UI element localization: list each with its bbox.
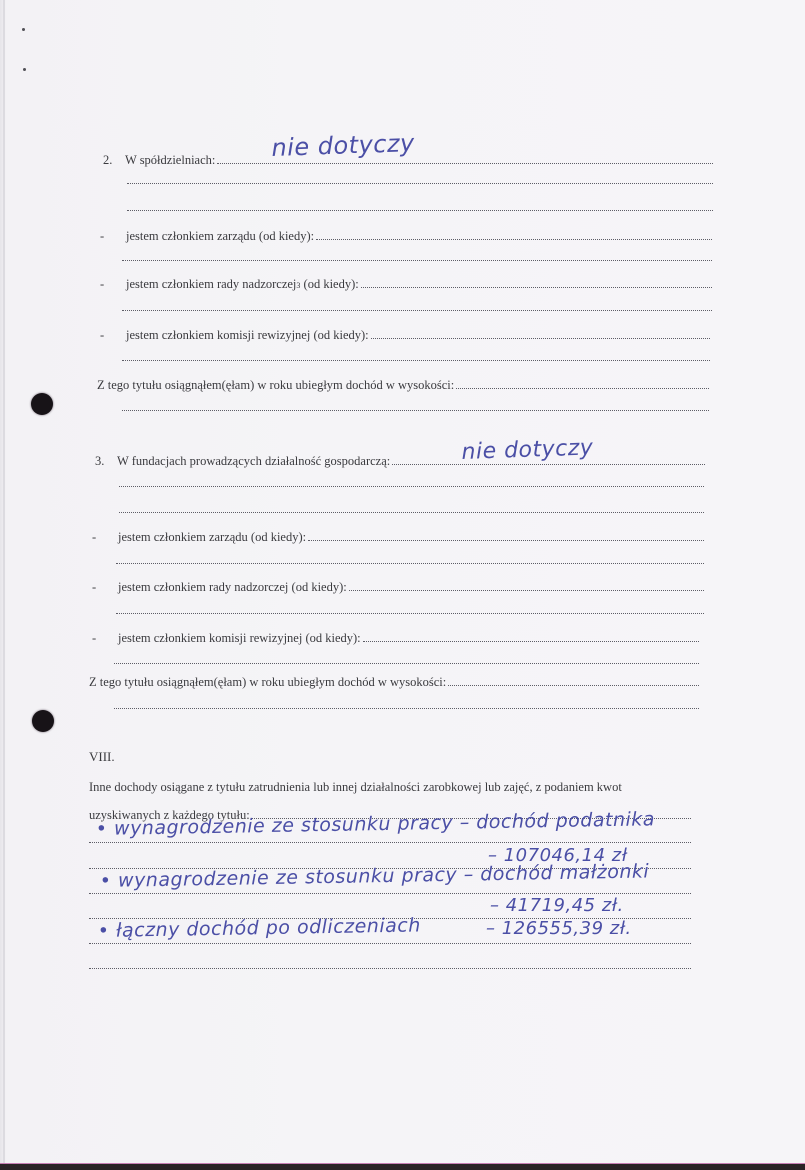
section8-line[interactable] bbox=[89, 943, 691, 944]
scan-bottom-edge bbox=[0, 1163, 805, 1170]
income-amount-3: – 126555,39 zł. bbox=[486, 918, 632, 939]
item2-audit-row: - jestem członkiem komisji rewizyjnej (o… bbox=[100, 327, 710, 343]
item3-income-field[interactable] bbox=[448, 674, 699, 686]
footnote-marker: 3 bbox=[296, 278, 300, 294]
item2-number: 2. bbox=[103, 152, 125, 168]
page-edge bbox=[3, 0, 5, 1170]
punch-hole bbox=[31, 393, 53, 415]
item2-management-label: jestem członkiem zarządu (od kiedy): bbox=[126, 228, 314, 244]
item3-audit-label: jestem członkiem komisji rewizyjnej (od … bbox=[118, 630, 361, 646]
item2-management-line[interactable] bbox=[122, 260, 712, 261]
item3-supervisory-label: jestem członkiem rady nadzorczej (od kie… bbox=[118, 579, 347, 595]
item2-supervisory-line[interactable] bbox=[122, 310, 712, 311]
item3-audit-row: - jestem członkiem komisji rewizyjnej (o… bbox=[92, 630, 699, 646]
section8-line[interactable] bbox=[89, 893, 691, 894]
speck bbox=[23, 68, 26, 71]
income-amount-2: – 41719,45 zł. bbox=[490, 895, 624, 916]
speck bbox=[22, 28, 25, 31]
section8-line[interactable] bbox=[89, 968, 691, 969]
item2-income-field[interactable] bbox=[456, 377, 709, 389]
item3-label: W fundacjach prowadzących działalność go… bbox=[117, 453, 390, 469]
item2-income-label: Z tego tytułu osiągnąłem(ęłam) w roku ub… bbox=[97, 377, 454, 393]
item2-audit-label: jestem członkiem komisji rewizyjnej (od … bbox=[126, 327, 369, 343]
item3-management-field[interactable] bbox=[308, 529, 704, 541]
item3-supervisory-line[interactable] bbox=[116, 613, 704, 614]
section-heading: VIII. bbox=[89, 749, 115, 765]
item2-handwritten: nie dotyczy bbox=[271, 129, 415, 162]
item2-supervisory-field[interactable] bbox=[361, 276, 712, 288]
item2-income-line[interactable] bbox=[122, 410, 709, 411]
item2-management-field[interactable] bbox=[316, 228, 712, 240]
item2-supervisory-label: jestem członkiem rady nadzorczej bbox=[126, 276, 296, 292]
item3-income-row: Z tego tytułu osiągnąłem(ęłam) w roku ub… bbox=[89, 674, 699, 690]
item3-line[interactable] bbox=[119, 486, 704, 487]
section8-line[interactable] bbox=[89, 842, 691, 843]
item2-label: W spółdzielniach: bbox=[125, 152, 215, 168]
item3-line[interactable] bbox=[119, 512, 704, 513]
item2-line[interactable] bbox=[127, 183, 713, 184]
item3-handwritten: nie dotyczy bbox=[461, 435, 594, 465]
item3-income-label: Z tego tytułu osiągnąłem(ęłam) w roku ub… bbox=[89, 674, 446, 690]
item3-management-line[interactable] bbox=[116, 563, 704, 564]
item3-supervisory-field[interactable] bbox=[349, 579, 704, 591]
item3-audit-line[interactable] bbox=[114, 663, 699, 664]
item3-management-label: jestem członkiem zarządu (od kiedy): bbox=[118, 529, 306, 545]
item3-row: 3. W fundacjach prowadzących działalność… bbox=[95, 453, 705, 469]
item3-supervisory-row: - jestem członkiem rady nadzorczej (od k… bbox=[92, 579, 704, 595]
item2-line[interactable] bbox=[127, 210, 713, 211]
item3-income-line[interactable] bbox=[114, 708, 699, 709]
item3-number: 3. bbox=[95, 453, 117, 469]
item2-audit-line[interactable] bbox=[122, 360, 710, 361]
item3-audit-field[interactable] bbox=[363, 630, 699, 642]
section8-text: Inne dochody osiągane z tytułu zatrudnie… bbox=[89, 779, 622, 795]
item2-audit-field[interactable] bbox=[371, 327, 710, 339]
item2-income-row: Z tego tytułu osiągnąłem(ęłam) w roku ub… bbox=[97, 377, 709, 393]
item3-management-row: - jestem członkiem zarządu (od kiedy): bbox=[92, 529, 704, 545]
punch-hole bbox=[32, 710, 54, 732]
item2-supervisory-row: - jestem członkiem rady nadzorczej3 (od … bbox=[100, 276, 712, 294]
item2-management-row: - jestem członkiem zarządu (od kiedy): bbox=[100, 228, 712, 244]
